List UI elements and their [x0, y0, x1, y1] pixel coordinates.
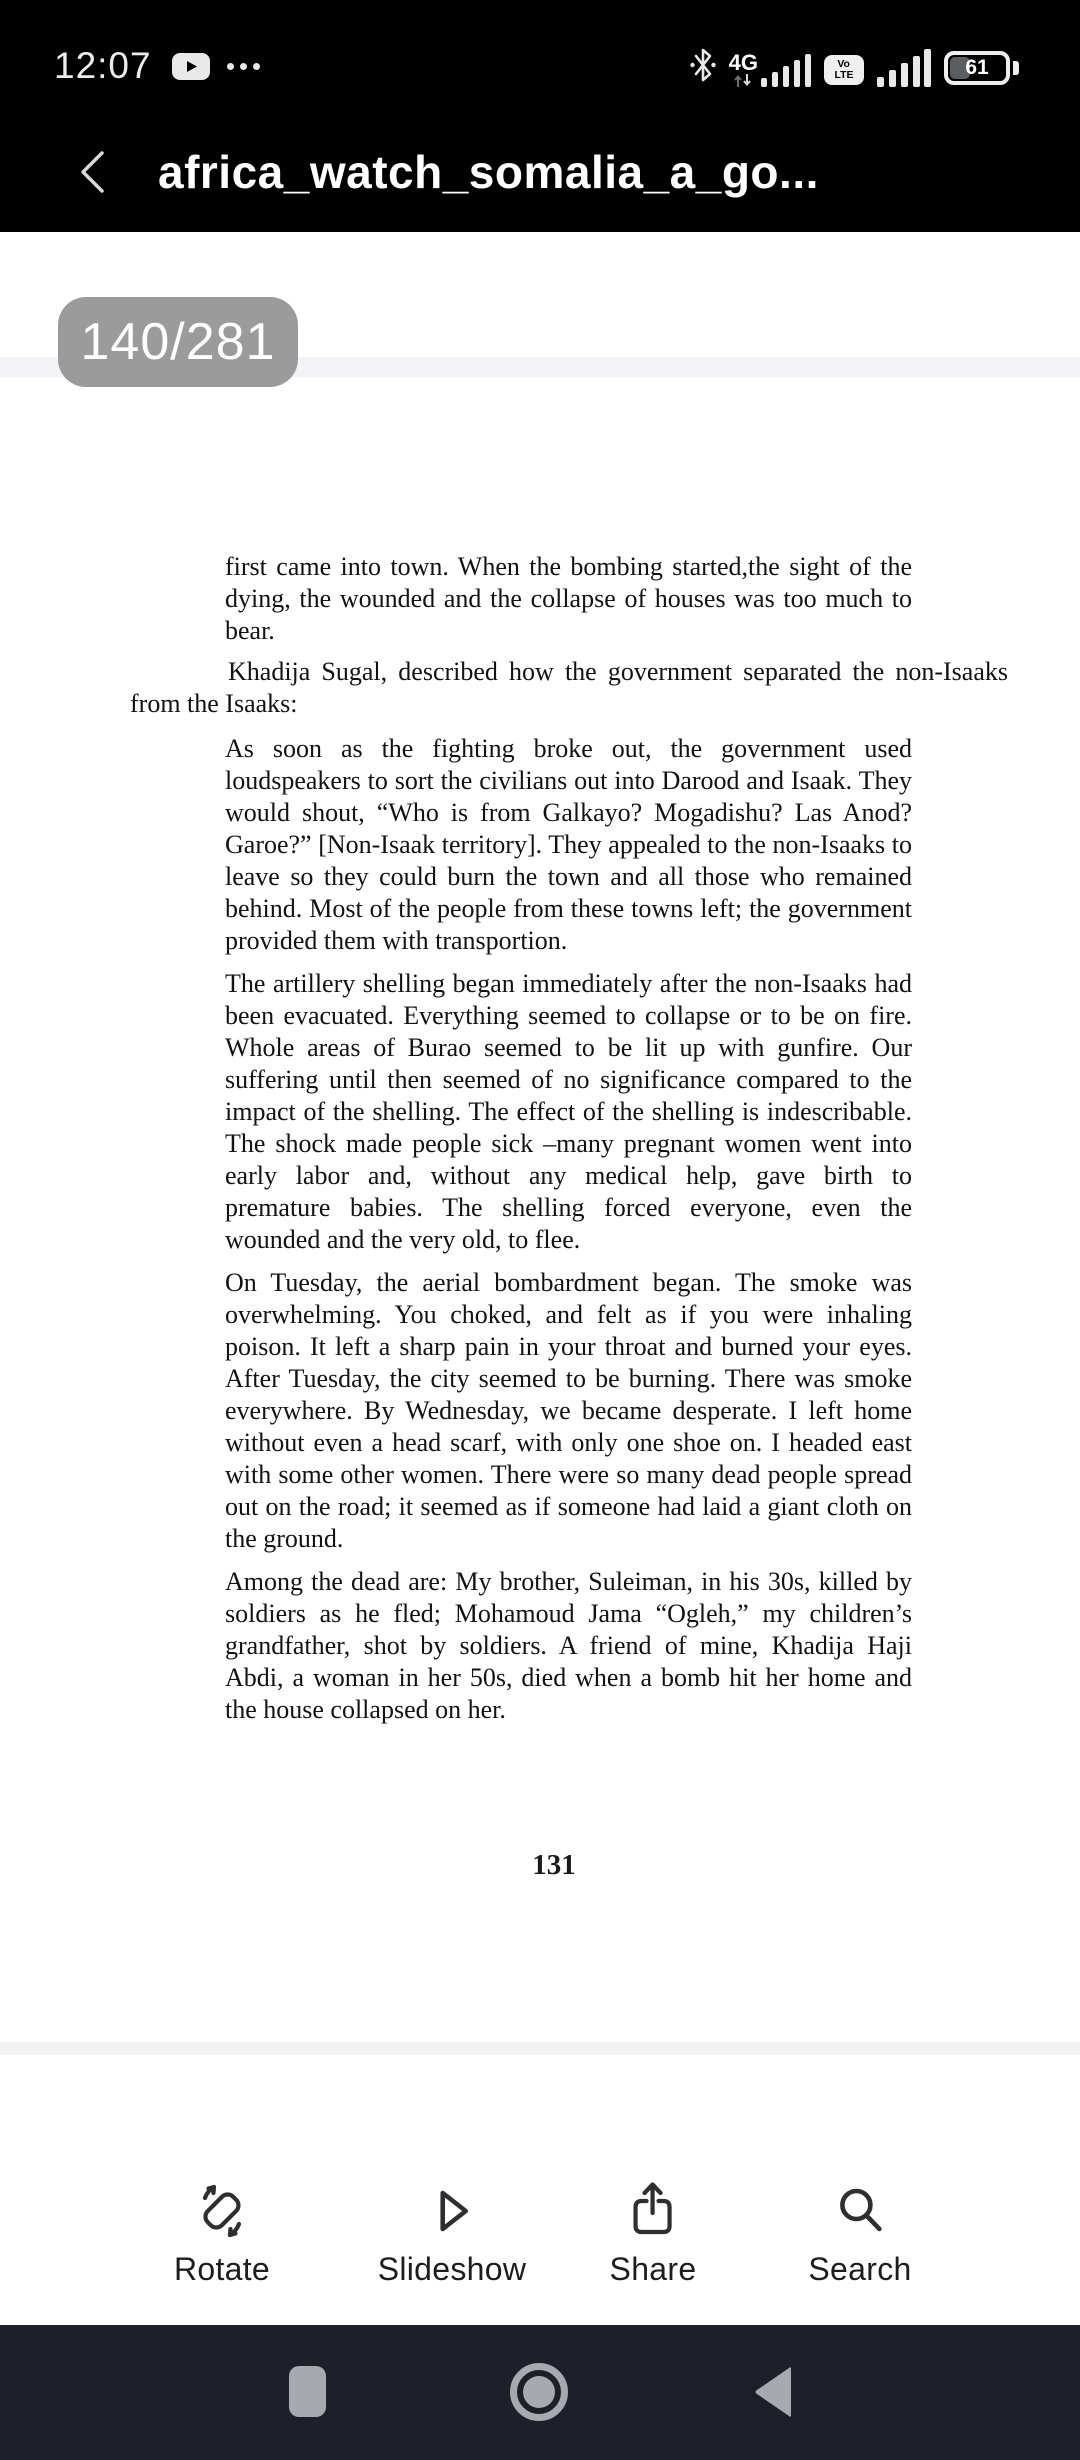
bottom-toolbar: Rotate Slideshow Share	[0, 2066, 1080, 2325]
app-header: africa_watch_somalia_a_go...	[0, 112, 1080, 232]
document-paragraph: On Tuesday, the aerial bombardment began…	[225, 1267, 912, 1555]
signal-bars-icon	[761, 53, 811, 87]
recents-button[interactable]	[289, 2366, 326, 2417]
slideshow-icon	[421, 2180, 483, 2242]
search-button[interactable]: Search	[808, 2180, 911, 2288]
recents-square-icon	[289, 2366, 326, 2417]
volte-icon: Vo LTE	[824, 55, 864, 85]
battery-icon: 61	[944, 51, 1019, 85]
mobile-network-indicator: 4G	[729, 52, 811, 87]
pdf-page: first came into town. When the bombing s…	[130, 551, 1008, 1726]
share-label: Share	[610, 2251, 697, 2288]
slideshow-label: Slideshow	[378, 2251, 527, 2288]
slideshow-button[interactable]: Slideshow	[378, 2180, 527, 2288]
share-icon	[622, 2180, 684, 2242]
document-paragraph: Among the dead are: My brother, Suleiman…	[225, 1566, 912, 1726]
home-circle-icon	[510, 2363, 568, 2421]
chevron-left-icon	[76, 149, 108, 195]
top-black-zone: 12:07 4G	[0, 0, 1080, 232]
signal-bars-icon	[877, 49, 931, 87]
screen: 12:07 4G	[0, 0, 1080, 2460]
battery-percent: 61	[948, 55, 1006, 81]
document-paragraph: first came into town. When the bombing s…	[225, 551, 912, 647]
page-indicator-badge: 140/281	[58, 297, 298, 387]
share-button[interactable]: Share	[610, 2180, 697, 2288]
status-icons: 4G Vo LT	[690, 45, 1019, 87]
network-type-label: 4G	[729, 52, 758, 74]
back-button[interactable]	[76, 149, 108, 195]
rotate-button[interactable]: Rotate	[174, 2180, 270, 2288]
search-label: Search	[808, 2251, 911, 2288]
document-title: africa_watch_somalia_a_go...	[158, 145, 819, 199]
document-paragraph: Khadija Sugal, described how the governm…	[130, 656, 1008, 720]
search-icon	[829, 2180, 891, 2242]
youtube-icon	[172, 53, 210, 80]
back-triangle-icon	[755, 2366, 791, 2418]
page-separator	[0, 2042, 1080, 2055]
rotate-label: Rotate	[174, 2251, 270, 2288]
data-arrows-icon	[734, 74, 752, 87]
status-time: 12:07	[54, 45, 152, 87]
pdf-viewer[interactable]: 140/281 first came into town. When the b…	[0, 232, 1080, 2325]
bluetooth-icon	[690, 45, 716, 85]
status-bar: 12:07 4G	[0, 36, 1080, 96]
android-back-button[interactable]	[755, 2366, 791, 2418]
rotate-icon	[191, 2180, 253, 2242]
home-button[interactable]	[510, 2363, 568, 2421]
more-notifications-icon	[227, 63, 260, 70]
document-paragraph: The artillery shelling began immediately…	[225, 968, 912, 1256]
android-navbar	[0, 2325, 1080, 2460]
document-paragraph: As soon as the fighting broke out, the g…	[225, 733, 912, 957]
page-number: 131	[532, 1849, 576, 1882]
